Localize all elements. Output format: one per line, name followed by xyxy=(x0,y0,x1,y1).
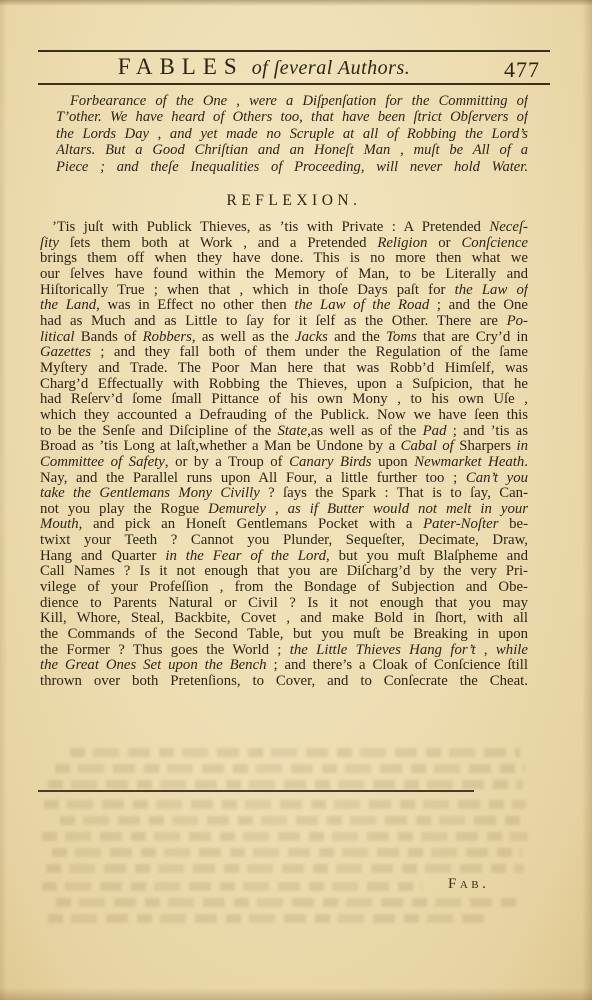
text-line: had Reſerv’d ſome ſmall Pittance of his … xyxy=(40,392,528,408)
text-line: take the Gentlemans Mony Civilly ? ſays … xyxy=(40,486,528,502)
text-line: Charg’d Effectually with Robbing the Thi… xyxy=(40,377,528,393)
showthrough-line xyxy=(52,848,522,857)
text-line: Gazettes ; and they fall both of them un… xyxy=(40,345,528,361)
showthrough-line xyxy=(46,864,524,873)
running-header: FABLES of ſeveral Authors. xyxy=(38,54,490,80)
text-line: the Land, was in Effect no other then th… xyxy=(40,298,528,314)
text-line: had as Much and as Little to ſay for it … xyxy=(40,314,528,330)
text-line: vilege of your Profeſſion , from the Bon… xyxy=(40,580,528,596)
text-line: ’Tis juſt with Publick Thieves, as ’tis … xyxy=(40,220,528,236)
text-line: Hang and Quarter in the Fear of the Lord… xyxy=(40,549,528,565)
text-line: Nay, and the Parallel runs upon All Four… xyxy=(40,471,528,487)
text-line: Altars. But a Good Chriſtian and an Hone… xyxy=(56,142,528,158)
intro-italic-paragraph: Forbearance of the One , were a Diſpenſa… xyxy=(56,93,528,175)
reflexion-paragraph: ’Tis juſt with Publick Thieves, as ’tis … xyxy=(40,220,528,690)
showthrough-line xyxy=(55,764,525,773)
section-heading: REFLEXION. xyxy=(38,192,550,210)
section-divider-rule xyxy=(38,790,474,792)
text-line: the Lords Day , and yet made no Scruple … xyxy=(56,126,528,142)
text-line: Hiſtorically True ; when that , which in… xyxy=(40,283,528,299)
text-line: Myſtery and Trade. The Poor Man here tha… xyxy=(40,361,528,377)
text-line: T’other. We have heard of Others too, th… xyxy=(56,109,528,125)
text-line: Committee of Safety, or by a Troup of Ca… xyxy=(40,455,528,471)
text-line: litical Bands of Robbers, as well as the… xyxy=(40,330,528,346)
running-title-italic: of ſeveral Authors. xyxy=(252,57,411,79)
text-line: Forbearance of the One , were a Diſpenſa… xyxy=(56,93,528,109)
text-line: Broad as ’tis Long at laſt,whether a Man… xyxy=(40,439,528,455)
text-line: the Great Ones Set upon the Bench ; and … xyxy=(40,658,528,674)
header-rule-top xyxy=(38,50,550,52)
text-line: which they accounted a Defrauding of the… xyxy=(40,408,528,424)
showthrough-line xyxy=(70,748,520,757)
text-line: Kill, Whore, Steal, Backbite, Covet , an… xyxy=(40,611,528,627)
showthrough-line xyxy=(44,800,526,809)
showthrough-line xyxy=(56,898,522,907)
text-line: the Former ? Thus goes the World ; the L… xyxy=(40,643,528,659)
text-line: ſity ſets them both at Work , and a Pret… xyxy=(40,236,528,252)
page-number: 477 xyxy=(504,57,540,83)
showthrough-line xyxy=(48,780,523,789)
text-line: the Commands of the Second Table, but yo… xyxy=(40,627,528,643)
text-line: Piece ; and theſe Inequalities of Procee… xyxy=(56,159,528,175)
text-line: Mouth, and pick an Honeſt Gentlemans Poc… xyxy=(40,517,528,533)
text-line: our ſelves have found within the Memory … xyxy=(40,267,528,283)
showthrough-line xyxy=(60,816,525,825)
text-line: not you play the Rogue Demurely , as if … xyxy=(40,502,528,518)
running-title-caps: FABLES xyxy=(118,54,244,79)
header-rule-bottom xyxy=(38,83,550,85)
text-line: to be the Senſe and Diſcipline of the St… xyxy=(40,424,528,440)
text-line: dience to Parents Natural or Civil ? Is … xyxy=(40,596,528,612)
text-line: thrown over both Pretenſions, to Cover, … xyxy=(40,674,528,690)
showthrough-line xyxy=(42,832,528,841)
book-page: FABLES of ſeveral Authors. 477 Forbearan… xyxy=(0,0,592,1000)
text-line: brings them off when they have done. Thi… xyxy=(40,251,528,267)
showthrough-line xyxy=(42,882,422,891)
text-line: Call Names ? Is it not enough that you a… xyxy=(40,564,528,580)
showthrough-line xyxy=(48,914,488,923)
text-line: twixt your Teeth ? Cannot you Plunder, S… xyxy=(40,533,528,549)
catchword: Fab. xyxy=(448,876,489,893)
